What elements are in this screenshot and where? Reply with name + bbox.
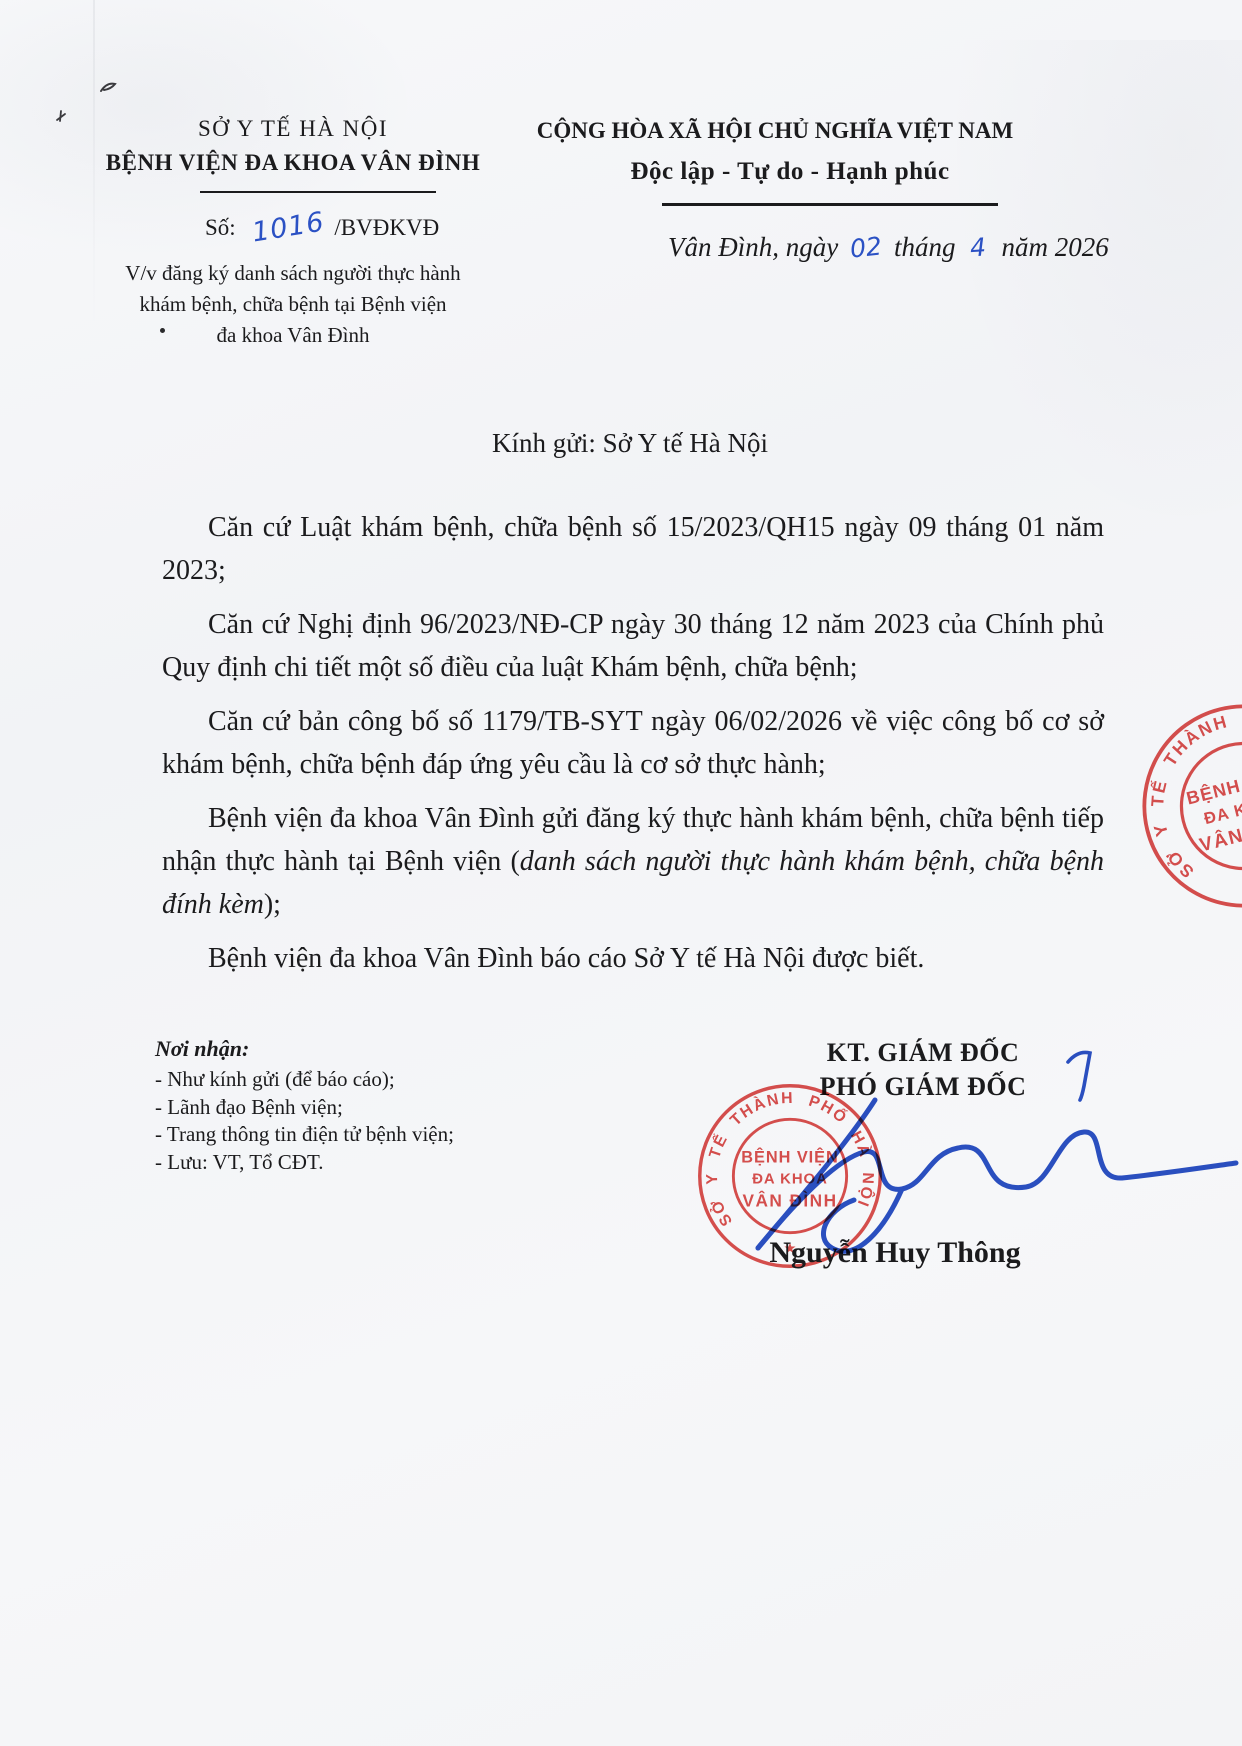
document-number-line: Số: 1016 /BVĐKVĐ [205,212,439,241]
national-motto-line2: Độc lập - Tự do - Hạnh phúc [590,158,990,186]
issuing-agency: SỞ Y TẾ HÀ NỘI [88,116,498,142]
hospital-name: BỆNH VIỆN ĐA KHOA VÂN ĐÌNH [88,150,498,176]
number-label: Số: [205,215,236,241]
paragraph-5: Bệnh viện đa khoa Vân Đình báo cáo Sở Y … [162,937,1104,980]
recipient-item: - Trang thông tin điện tử bệnh viện; [155,1121,454,1149]
pen-mark-icon [54,108,68,124]
year-label: năm 2026 [1001,232,1108,263]
paragraph-3: Căn cứ bản công bố số 1179/TB-SYT ngày 0… [162,700,1104,786]
letter-body: Căn cứ Luật khám bệnh, chữa bệnh số 15/2… [162,506,1104,991]
scan-shading [942,40,1242,540]
hospital-underline [200,191,436,193]
month-label: tháng [894,232,956,263]
paragraph-2: Căn cứ Nghị định 96/2023/NĐ-CP ngày 30 t… [162,603,1104,689]
document-subject: V/v đăng ký danh sách người thực hành kh… [88,258,498,351]
motto-underline [662,203,998,206]
handwritten-day: 02 [849,231,884,263]
recipient-item: - Lưu: VT, Tổ CĐT. [155,1149,454,1177]
subject-line: đa khoa Vân Đình [88,320,498,351]
subject-line: V/v đăng ký danh sách người thực hành [88,258,498,289]
number-suffix: /BVĐKVĐ [334,215,439,241]
recipient-item: - Lãnh đạo Bệnh viện; [155,1094,454,1122]
handwritten-signature [660,1092,1240,1267]
salutation: Kính gửi: Sở Y tế Hà Nội [300,428,960,459]
national-motto-line1: CỘNG HÒA XÃ HỘI CHỦ NGHĨA VIỆT NAM [510,118,1040,144]
handwritten-month: 4 [969,232,987,262]
paragraph-4: Bệnh viện đa khoa Vân Đình gửi đăng ký t… [162,797,1104,926]
subject-line: khám bệnh, chữa bệnh tại Bệnh viện [88,289,498,320]
place-date-line: Vân Đình, ngày 02 tháng 4 năm 2026 [668,232,1109,263]
paragraph-1: Căn cứ Luật khám bệnh, chữa bệnh số 15/2… [162,506,1104,592]
recipients-label: Nơi nhận: [155,1036,249,1062]
hospital-seal-stamp-edge: SỞ Y TẾ THÀNH PHỐ HÀ NỘI BỆNH VIỆN ĐA KH… [1116,678,1242,935]
scanned-letter-page: { "doc": { "header_left": { "agency": "S… [0,0,1242,1746]
recipient-item: - Như kính gửi (để báo cáo); [155,1066,454,1094]
pen-mark-icon [98,78,120,96]
recipients-list: - Như kính gửi (để báo cáo); - Lãnh đạo … [155,1066,454,1176]
signer-title-1: KT. GIÁM ĐỐC [758,1036,1088,1070]
place-date-prefix: Vân Đình, ngày [668,232,838,263]
